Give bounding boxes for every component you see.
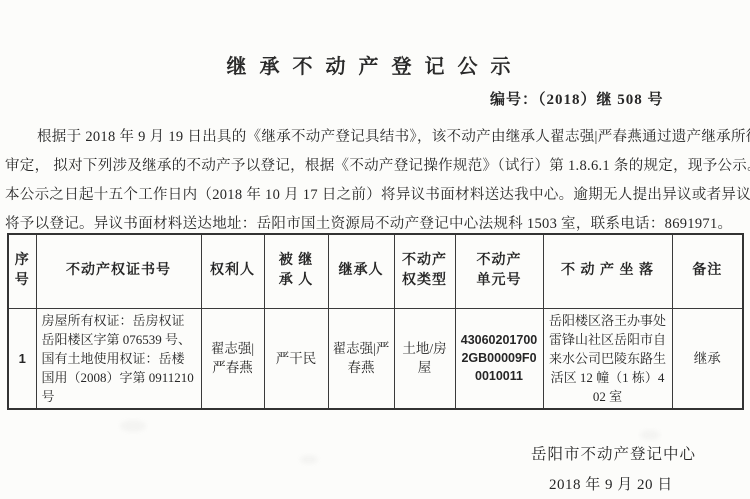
- table-row: 1 房屋所有权证：岳房权证岳阳楼区字第 076539 号、国有土地使用权证：岳楼…: [8, 308, 743, 409]
- header-seq-no: 序 号: [8, 234, 36, 308]
- header-decedent: 被 继 承 人: [264, 234, 328, 308]
- cell-rights-holder: 翟志强|严春燕: [201, 308, 264, 409]
- header-heir: 继承人: [328, 234, 394, 308]
- document-number: 编号：（2018）继 508 号: [490, 88, 664, 109]
- property-registration-table: 序 号 不动产权证书号 权利人 被 继 承 人 继承人 不动产 权类型 不动产 …: [7, 233, 744, 410]
- header-remark: 备注: [672, 234, 743, 308]
- header-unit-no: 不动产 单元号: [455, 234, 543, 308]
- scanned-notice-document: 继承不动产登记公示 编号：（2018）继 508 号 根据于 2018 年 9 …: [0, 0, 750, 499]
- issue-date: 2018 年 9 月 20 日: [549, 473, 673, 494]
- body-line-1: 根据于 2018 年 9 月 19 日出具的《继承不动产登记具结书》，该不动产由…: [5, 123, 746, 152]
- cell-decedent: 严干民: [264, 308, 328, 409]
- scan-smudge: [300, 455, 318, 464]
- header-property-type: 不动产 权类型: [394, 234, 455, 308]
- table-header-row: 序 号 不动产权证书号 权利人 被 继 承 人 继承人 不动产 权类型 不动产 …: [8, 234, 743, 308]
- header-cert-no: 不动产权证书号: [36, 234, 201, 308]
- header-location: 不 动 产 坐 落: [543, 234, 672, 308]
- header-rights-holder: 权利人: [201, 234, 264, 308]
- cell-remark: 继承: [672, 308, 743, 409]
- cell-property-type: 土地/房屋: [394, 308, 455, 409]
- scan-smudge: [640, 430, 660, 440]
- scan-smudge: [120, 420, 146, 432]
- cell-seq-no: 1: [8, 308, 36, 409]
- document-title: 继承不动产登记公示: [0, 50, 750, 79]
- cell-cert-no: 房屋所有权证：岳房权证岳阳楼区字第 076539 号、国有土地使用权证：岳楼国用…: [36, 308, 201, 409]
- body-line-2: 审定， 拟对下列涉及继承的不动产予以登记，根据《不动产登记操作规范》（试行）第 …: [5, 152, 746, 181]
- issuing-authority: 岳阳市不动产登记中心: [531, 442, 696, 464]
- cell-heir: 翟志强|严春燕: [328, 308, 394, 409]
- cell-location: 岳阳楼区洛王办事处雷锋山社区岳阳市自来水公司巴陵东路生活区 12 幢（1 栋）4…: [543, 308, 672, 409]
- cell-unit-no: 430602017002GB00009F00010011: [455, 308, 543, 409]
- body-line-3: 本公示之日起十五个工作日内（2018 年 10 月 17 日之前）将异议书面材料…: [5, 181, 746, 210]
- notice-body-paragraph: 根据于 2018 年 9 月 19 日出具的《继承不动产登记具结书》，该不动产由…: [5, 123, 746, 239]
